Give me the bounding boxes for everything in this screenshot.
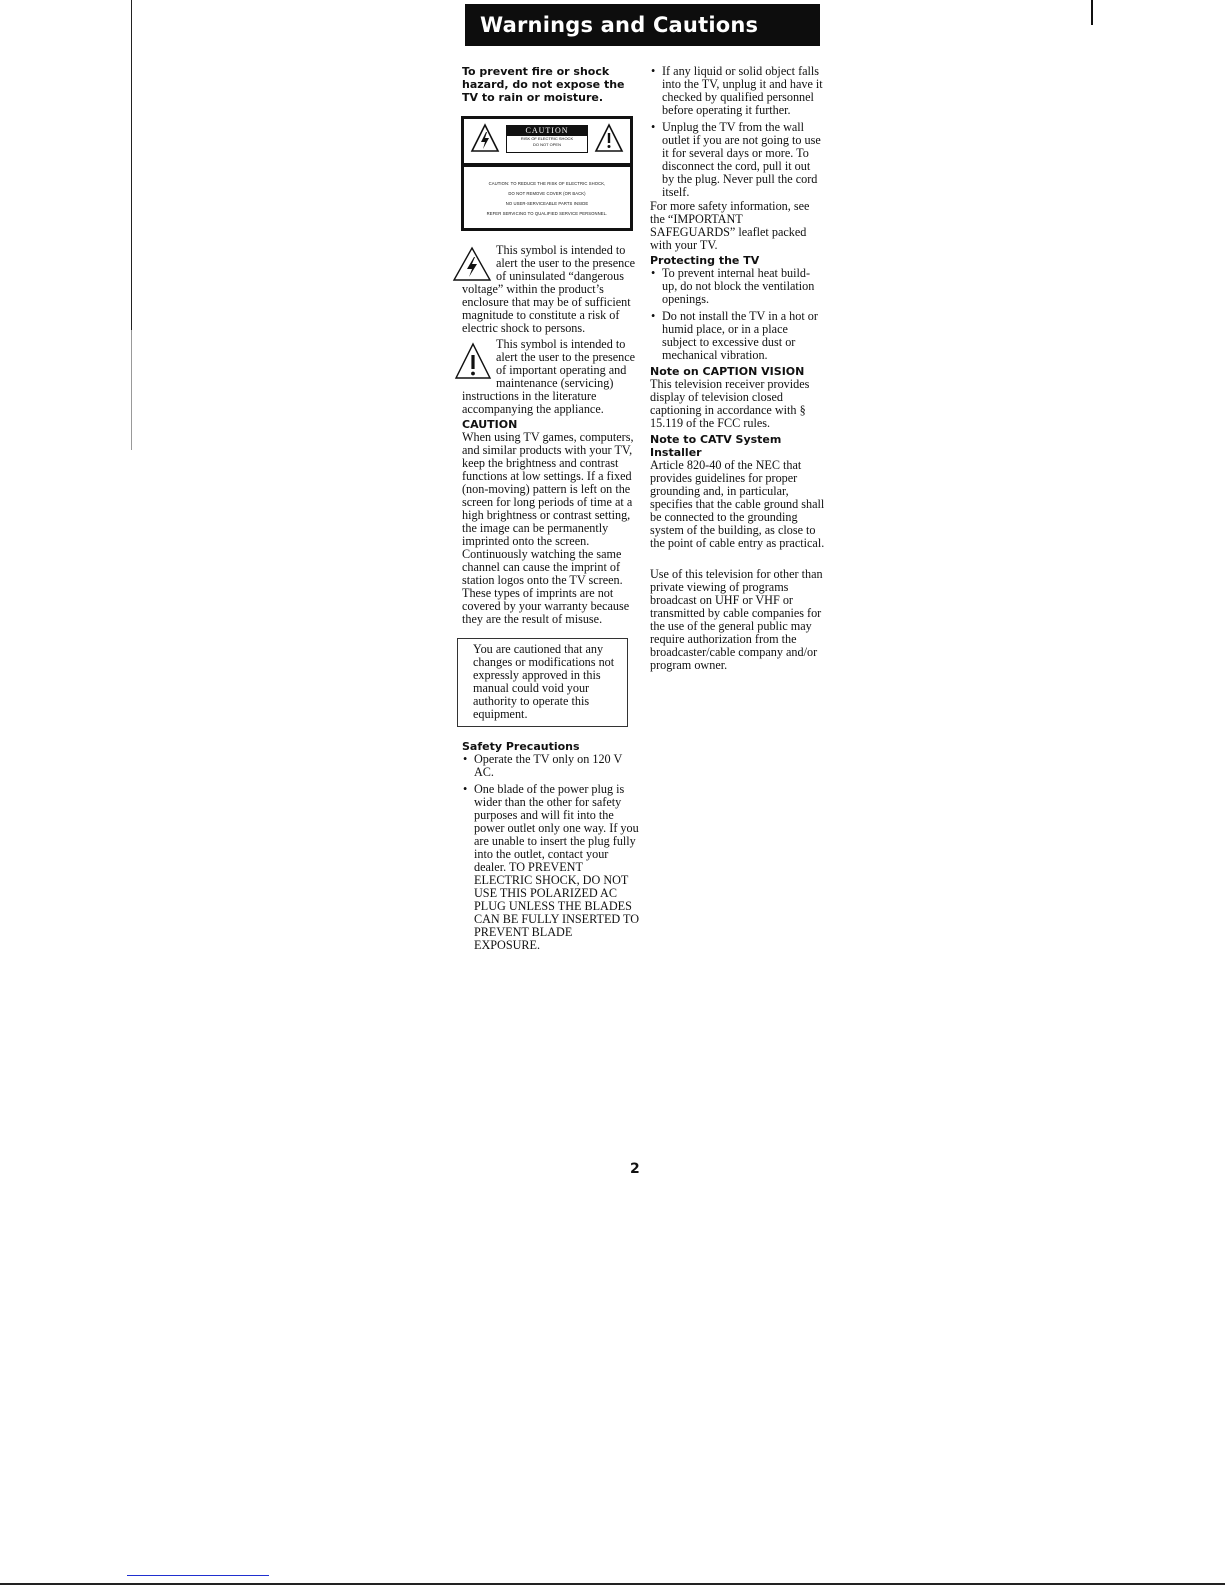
- list-item: •One blade of the power plug is wider th…: [462, 783, 640, 952]
- protecting-tv-list: •To prevent internal heat build-up, do n…: [650, 267, 825, 362]
- safety-precautions-list: •Operate the TV only on 120 V AC. •One b…: [462, 753, 640, 952]
- exclamation-warning-icon: [454, 340, 492, 380]
- fire-shock-warning: To prevent fire or shock hazard, do not …: [462, 65, 640, 104]
- more-safety-info: For more safety information, see the “IM…: [650, 200, 825, 252]
- lightning-warning-icon: [452, 246, 492, 282]
- caution-label-body: CAUTION: TO REDUCE THE RISK OF ELECTRIC …: [464, 167, 630, 219]
- left-column: To prevent fire or shock hazard, do not …: [462, 65, 640, 956]
- caution-label-line: NO USER-SERVICEABLE PARTS INSIDE: [464, 199, 630, 209]
- modifications-notice-box: You are cautioned that any changes or mo…: [457, 638, 628, 727]
- bullet-icon: •: [651, 267, 655, 280]
- page-number: 2: [630, 1161, 640, 1177]
- bullet-icon: •: [463, 783, 467, 796]
- list-item: •Unplug the TV from the wall outlet if y…: [650, 121, 825, 199]
- caution-label-line: CAUTION: TO REDUCE THE RISK OF ELECTRIC …: [464, 179, 630, 189]
- caution-label-heading: CAUTION: [507, 126, 587, 136]
- caption-vision-text: This television receiver provides displa…: [650, 378, 825, 430]
- catv-installer-text: Article 820-40 of the NEC that provides …: [650, 459, 825, 550]
- exclamation-warning-icon: [594, 123, 624, 153]
- modifications-notice-text: You are cautioned that any changes or mo…: [473, 642, 614, 721]
- caution-label-sub2: DO NOT OPEN: [507, 142, 587, 148]
- list-item: •Do not install the TV in a hot or humid…: [650, 310, 825, 362]
- bullet-icon: •: [463, 753, 467, 766]
- scan-edge-line: [1091, 0, 1093, 25]
- handling-list: •If any liquid or solid object falls int…: [650, 65, 825, 199]
- exclamation-symbol-explanation: This symbol is intended to alert the use…: [462, 338, 640, 416]
- caution-label-graphic: CAUTION RISK OF ELECTRIC SHOCK DO NOT OP…: [461, 116, 633, 231]
- scan-edge-line: [131, 330, 132, 450]
- caution-text: When using TV games, computers, and simi…: [462, 431, 640, 626]
- list-item: •Operate the TV only on 120 V AC.: [462, 753, 640, 779]
- scan-artifact-rule: [127, 1575, 269, 1576]
- caution-label-line: REFER SERVICING TO QUALIFIED SERVICE PER…: [464, 209, 630, 219]
- caution-label-top: CAUTION RISK OF ELECTRIC SHOCK DO NOT OP…: [464, 119, 630, 167]
- page-title: Warnings and Cautions: [465, 4, 820, 46]
- bullet-icon: •: [651, 65, 655, 78]
- list-item: •If any liquid or solid object falls int…: [650, 65, 825, 117]
- caution-label-line: DO NOT REMOVE COVER (OR BACK): [464, 189, 630, 199]
- scan-edge-line: [131, 0, 132, 330]
- right-column: •If any liquid or solid object falls int…: [650, 65, 825, 672]
- bullet-icon: •: [651, 121, 655, 134]
- broadcast-use-notice: Use of this television for other than pr…: [650, 568, 825, 672]
- catv-installer-heading: Note to CATV System Installer: [650, 433, 825, 459]
- caution-label-center: CAUTION RISK OF ELECTRIC SHOCK DO NOT OP…: [506, 125, 588, 153]
- lightning-symbol-explanation: This symbol is intended to alert the use…: [462, 244, 640, 335]
- lightning-warning-icon: [470, 123, 500, 153]
- bullet-icon: •: [651, 310, 655, 323]
- list-item: •To prevent internal heat build-up, do n…: [650, 267, 825, 306]
